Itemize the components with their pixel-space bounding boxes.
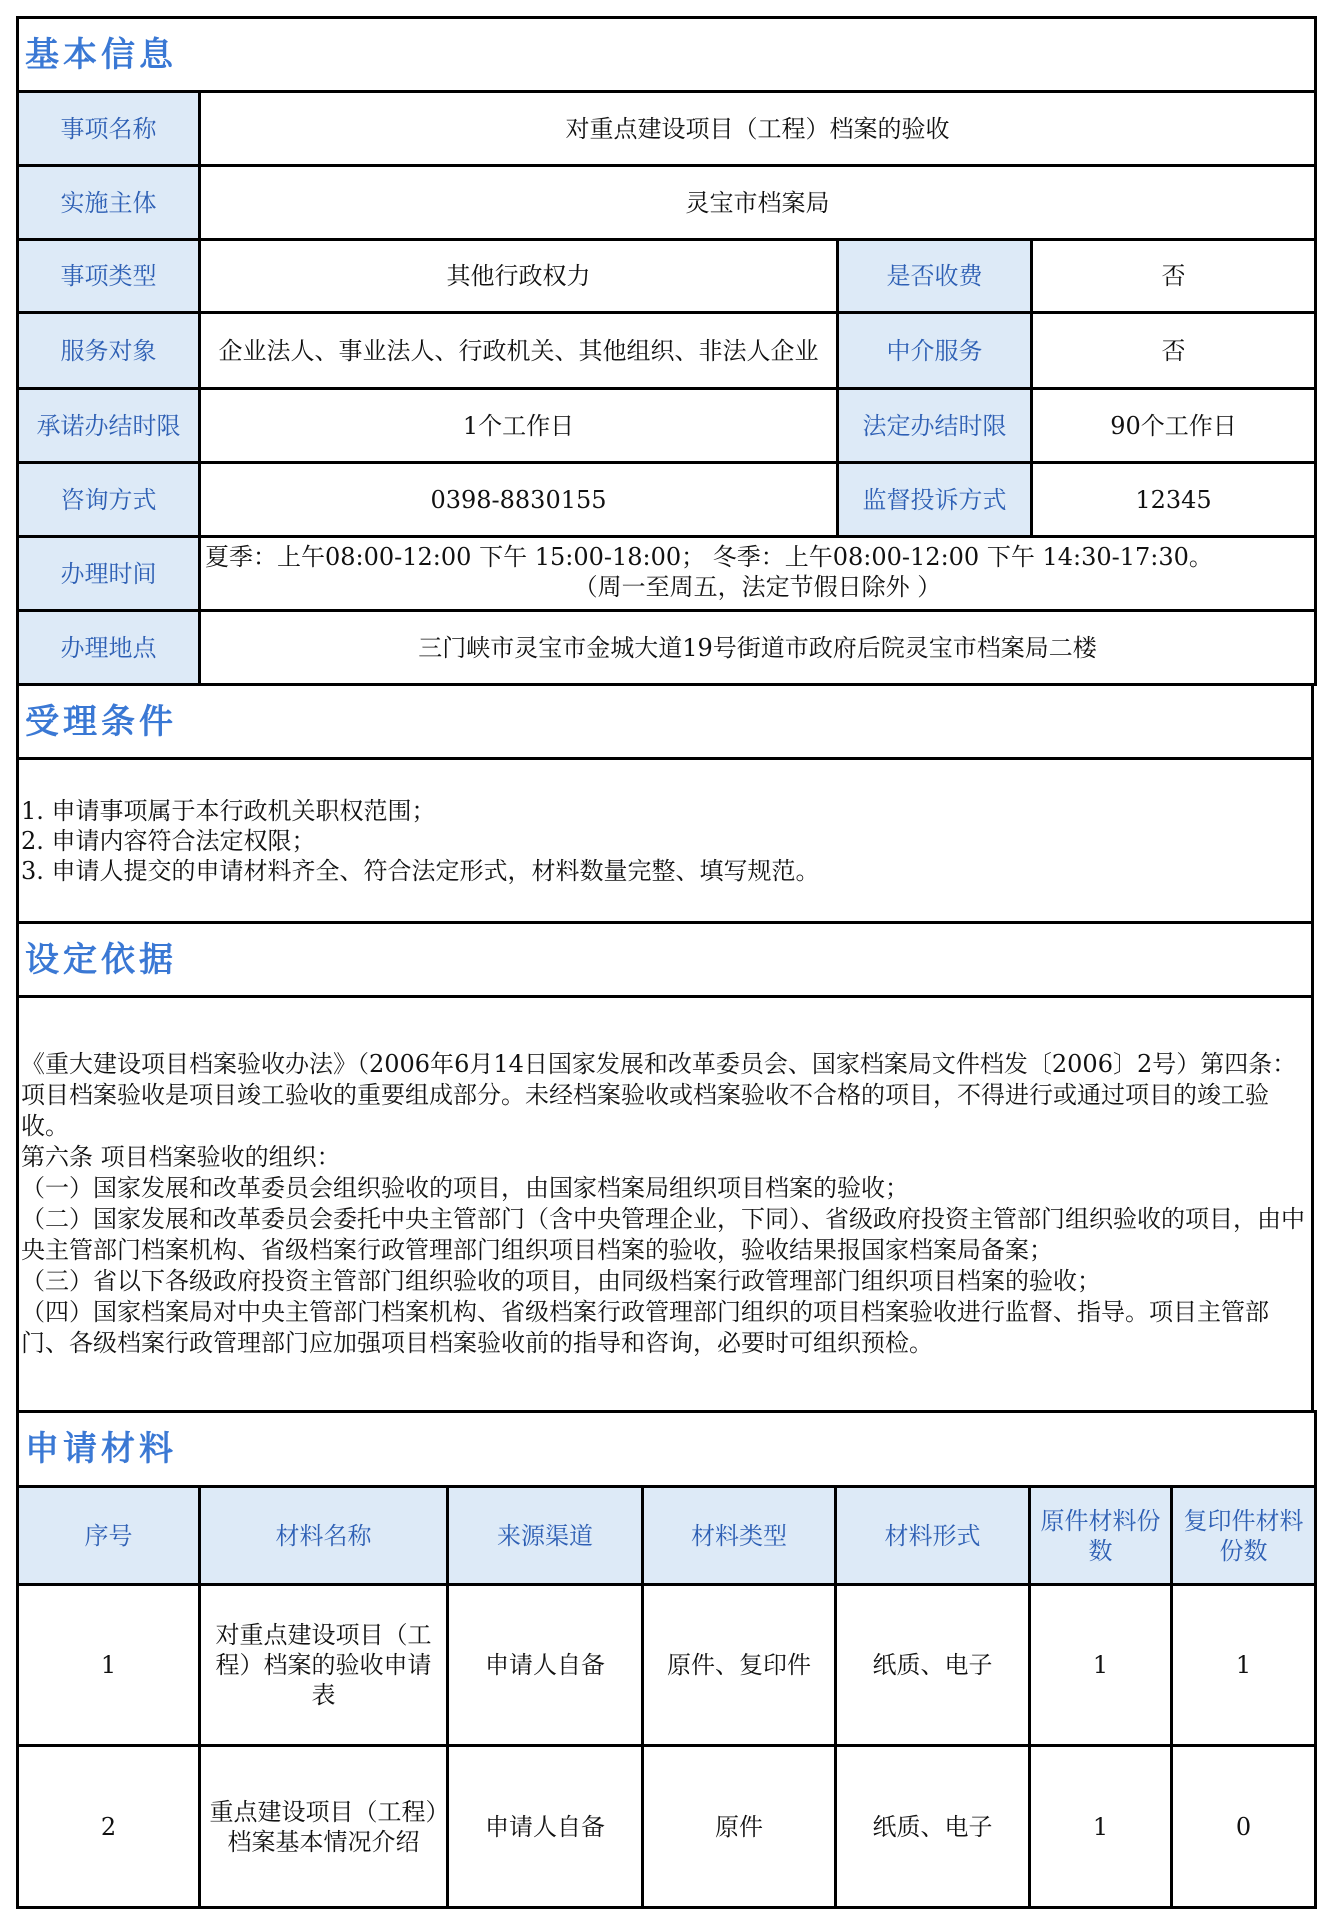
col-header-type: 材料类型 [643, 1487, 836, 1585]
label-legal-time-limit: 法定办结时限 [838, 389, 1032, 463]
col-header-form: 材料形式 [836, 1487, 1030, 1585]
row-item-name: 事项名称 对重点建设项目（工程）档案的验收 [18, 92, 1316, 166]
cell-form: 纸质、电子 [836, 1746, 1030, 1908]
legal-paragraph: （四）国家档案局对中央主管部门档案机构、省级档案行政管理部门组织的项目档案验收进… [21, 1297, 1309, 1359]
cell-copies: 0 [1172, 1746, 1316, 1908]
label-service-target: 服务对象 [18, 313, 200, 389]
col-header-source: 来源渠道 [448, 1487, 643, 1585]
row-location: 办理地点 三门峡市灵宝市金城大道19号街道市政府后院灵宝市档案局二楼 [18, 611, 1316, 685]
cell-no: 2 [18, 1746, 200, 1908]
cell-type: 原件、复印件 [643, 1585, 836, 1746]
row-time-limit: 承诺办结时限 1个工作日 法定办结时限 90个工作日 [18, 389, 1316, 463]
cell-originals: 1 [1030, 1746, 1172, 1908]
row-service-target: 服务对象 企业法人、事业法人、行政机关、其他组织、非法人企业 中介服务 否 [18, 313, 1316, 389]
label-implementing-body: 实施主体 [18, 166, 200, 240]
label-item-name: 事项名称 [18, 92, 200, 166]
table-row: 2 重点建设项目（工程）档案基本情况介绍 申请人自备 原件 纸质、电子 1 0 [18, 1746, 1316, 1908]
col-header-no: 序号 [18, 1487, 200, 1585]
legal-paragraph: 《重大建设项目档案验收办法》（2006年6月14日国家发展和改革委员会、国家档案… [21, 1049, 1309, 1142]
service-item-sheet: 基本信息 事项名称 对重点建设项目（工程）档案的验收 实施主体 灵宝市档案局 事… [16, 16, 1314, 1909]
row-office-hours: 办理时间 夏季：上午08:00-12:00 下午 15:00-18:00； 冬季… [18, 537, 1316, 611]
col-header-originals: 原件材料份数 [1030, 1487, 1172, 1585]
cell-no: 1 [18, 1585, 200, 1746]
label-consultation: 咨询方式 [18, 463, 200, 537]
row-item-type: 事项类型 其他行政权力 是否收费 否 [18, 240, 1316, 313]
acceptance-conditions-content: 1. 申请事项属于本行政机关职权范围； 2. 申请内容符合法定权限； 3. 申请… [18, 759, 1313, 923]
label-intermediary: 中介服务 [838, 313, 1032, 389]
label-office-hours: 办理时间 [18, 537, 200, 611]
legal-paragraph: （三）省以下各级政府投资主管部门组织验收的项目，由同级档案行政管理部门组织项目档… [21, 1266, 1309, 1297]
value-intermediary: 否 [1032, 313, 1316, 389]
section-title-basic-info: 基本信息 [18, 18, 1316, 92]
label-item-type: 事项类型 [18, 240, 200, 313]
col-header-name: 材料名称 [200, 1487, 448, 1585]
materials-header-row: 序号 材料名称 来源渠道 材料类型 材料形式 原件材料份数 复印件材料份数 [18, 1487, 1316, 1585]
label-location: 办理地点 [18, 611, 200, 685]
value-item-type: 其他行政权力 [200, 240, 838, 313]
label-fee: 是否收费 [838, 240, 1032, 313]
cell-originals: 1 [1030, 1585, 1172, 1746]
value-implementing-body: 灵宝市档案局 [200, 166, 1316, 240]
legal-basis-content: 《重大建设项目档案验收办法》（2006年6月14日国家发展和改革委员会、国家档案… [18, 997, 1313, 1412]
office-hours-line1: 夏季：上午08:00-12:00 下午 15:00-18:00； 冬季：上午08… [201, 542, 1314, 572]
materials-table: 申请材料 序号 材料名称 来源渠道 材料类型 材料形式 原件材料份数 复印件材料… [16, 1410, 1317, 1909]
value-location: 三门峡市灵宝市金城大道19号街道市政府后院灵宝市档案局二楼 [200, 611, 1316, 685]
legal-paragraph: 第六条 项目档案验收的组织： [21, 1142, 1309, 1173]
cell-name: 重点建设项目（工程）档案基本情况介绍 [200, 1746, 448, 1908]
office-hours-line2: （周一至周五，法定节假日除外 ） [201, 572, 1314, 602]
row-implementing-body: 实施主体 灵宝市档案局 [18, 166, 1316, 240]
cell-source: 申请人自备 [448, 1585, 643, 1746]
table-row: 1 对重点建设项目（工程）档案的验收申请表 申请人自备 原件、复印件 纸质、电子… [18, 1585, 1316, 1746]
acceptance-conditions-table: 受理条件 1. 申请事项属于本行政机关职权范围； 2. 申请内容符合法定权限； … [16, 683, 1314, 924]
legal-paragraph: （二）国家发展和改革委员会委托中央主管部门（含中央管理企业，下同）、省级政府投资… [21, 1204, 1309, 1266]
section-title-materials: 申请材料 [18, 1412, 1316, 1487]
basic-info-table: 基本信息 事项名称 对重点建设项目（工程）档案的验收 实施主体 灵宝市档案局 事… [16, 16, 1317, 686]
cell-form: 纸质、电子 [836, 1585, 1030, 1746]
col-header-copies: 复印件材料份数 [1172, 1487, 1316, 1585]
label-complaint: 监督投诉方式 [838, 463, 1032, 537]
value-consultation-phone: 0398-8830155 [200, 463, 838, 537]
legal-basis-table: 设定依据 《重大建设项目档案验收办法》（2006年6月14日国家发展和改革委员会… [16, 921, 1314, 1413]
legal-paragraph: （一）国家发展和改革委员会组织验收的项目，由国家档案局组织项目档案的验收； [21, 1173, 1309, 1204]
section-title-legal-basis: 设定依据 [18, 923, 1313, 997]
condition-item: 2. 申请内容符合法定权限； [21, 826, 1309, 856]
condition-item: 3. 申请人提交的申请材料齐全、符合法定形式，材料数量完整、填写规范。 [21, 856, 1309, 886]
value-office-hours: 夏季：上午08:00-12:00 下午 15:00-18:00； 冬季：上午08… [200, 537, 1316, 611]
value-promised-time-limit: 1个工作日 [200, 389, 838, 463]
cell-copies: 1 [1172, 1585, 1316, 1746]
section-title-acceptance-conditions: 受理条件 [18, 685, 1313, 759]
value-item-name: 对重点建设项目（工程）档案的验收 [200, 92, 1316, 166]
row-contact: 咨询方式 0398-8830155 监督投诉方式 12345 [18, 463, 1316, 537]
cell-type: 原件 [643, 1746, 836, 1908]
condition-item: 1. 申请事项属于本行政机关职权范围； [21, 796, 1309, 826]
value-complaint-phone: 12345 [1032, 463, 1316, 537]
cell-name: 对重点建设项目（工程）档案的验收申请表 [200, 1585, 448, 1746]
label-promised-time-limit: 承诺办结时限 [18, 389, 200, 463]
value-service-target: 企业法人、事业法人、行政机关、其他组织、非法人企业 [200, 313, 838, 389]
cell-source: 申请人自备 [448, 1746, 643, 1908]
value-fee: 否 [1032, 240, 1316, 313]
value-legal-time-limit: 90个工作日 [1032, 389, 1316, 463]
